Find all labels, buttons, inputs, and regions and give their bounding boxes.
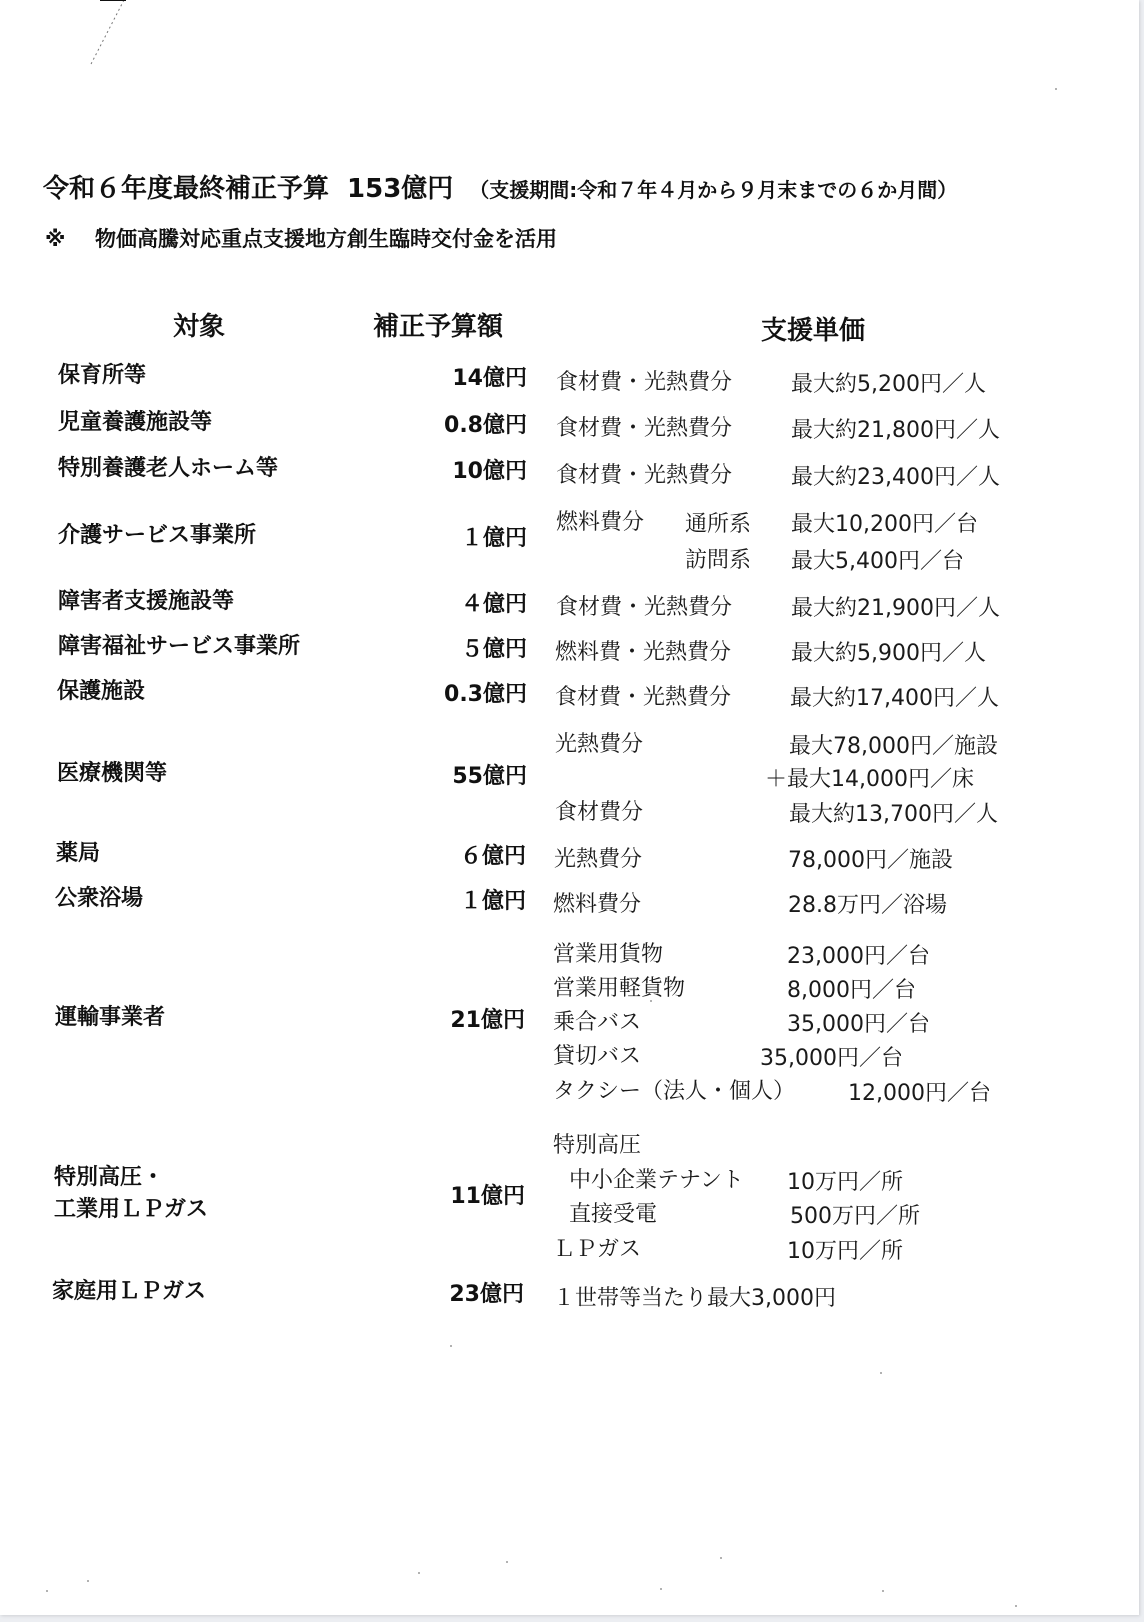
scan-speck xyxy=(418,1572,420,1574)
row-budget-medical: 55億円 xyxy=(387,759,527,790)
row-category-household-lpg: １世帯等当たり最大3,000円 xyxy=(553,1281,836,1312)
row-price-nursing-home: 最大約23,400円／人 xyxy=(791,460,1000,491)
row-target-child-care-facility: 児童養護施設等 xyxy=(58,405,212,436)
row-price-lpg: 10万円／所 xyxy=(787,1234,903,1265)
row-price-protective-facility: 最大約17,400円／人 xyxy=(790,681,999,712)
row-budget-nursery: 14億円 xyxy=(387,361,527,392)
header-budget: 補正予算額 xyxy=(373,306,503,343)
row-sub-home-visit: 訪問系 xyxy=(685,543,751,574)
row-budget-transport: 21億円 xyxy=(385,1003,525,1034)
row-price-taxi: 12,000円／台 xyxy=(848,1076,991,1107)
row-price-sme-tenant: 10万円／所 xyxy=(787,1165,903,1196)
row-category-commercial-cargo: 営業用貨物 xyxy=(553,937,663,968)
row-price-medical-bed: ＋最大14,000円／床 xyxy=(765,762,974,793)
row-price-charter-bus: 35,000円／台 xyxy=(760,1041,903,1072)
row-budget-public-bath: １億円 xyxy=(386,884,526,915)
row-budget-extra-high-voltage: 11億円 xyxy=(385,1179,525,1210)
header-unit-price: 支援単価 xyxy=(761,310,865,347)
header-target: 対象 xyxy=(173,306,225,343)
row-price-light-cargo: 8,000円／台 xyxy=(787,973,916,1004)
row-price-pharmacy: 78,000円／施設 xyxy=(788,843,953,874)
row-target-public-bath: 公衆浴場 xyxy=(55,881,143,912)
total-amount: 153億円 xyxy=(347,174,453,204)
row-category-extra-high-voltage: 特別高圧 xyxy=(553,1128,641,1159)
row-budget-disability-support: ４億円 xyxy=(387,587,527,618)
document-title: 令和６年度最終補正予算153億円（支援期間:令和７年４月から９月末までの６か月間… xyxy=(43,168,957,205)
row-category-sme-tenant: 中小企業テナント xyxy=(569,1163,744,1194)
row-category-disability-welfare: 燃料費・光熱費分 xyxy=(555,635,731,666)
row-category-medical-food: 食材費分 xyxy=(555,795,643,826)
row-category-charter-bus: 貸切バス xyxy=(553,1039,641,1070)
row-category-light-cargo: 営業用軽貨物 xyxy=(553,971,685,1002)
row-category-direct-power: 直接受電 xyxy=(569,1197,657,1228)
scan-speck xyxy=(46,1590,48,1592)
row-category-public-bath: 燃料費分 xyxy=(553,887,641,918)
row-target-transport: 運輸事業者 xyxy=(55,1000,165,1031)
scan-speck xyxy=(880,1372,882,1374)
row-target-pharmacy: 薬局 xyxy=(56,836,100,867)
row-target-industrial-lpg: 工業用ＬＰガス xyxy=(54,1192,208,1223)
row-price-public-bath: 28.8万円／浴場 xyxy=(788,888,947,919)
row-budget-protective-facility: 0.3億円 xyxy=(387,677,527,708)
row-budget-nursing-home: 10億円 xyxy=(387,454,527,485)
scan-speck xyxy=(1015,1605,1017,1607)
row-category-lpg: ＬＰガス xyxy=(553,1232,641,1263)
row-price-home-visit: 最大5,400円／台 xyxy=(791,544,964,575)
scanned-page: 令和６年度最終補正予算153億円（支援期間:令和７年４月から９月末までの６か月間… xyxy=(0,0,1139,1615)
scan-artifact-mark xyxy=(80,0,130,70)
row-price-medical-facility: 最大78,000円／施設 xyxy=(789,729,998,760)
note-text: 物価高騰対応重点支援地方創生臨時交付金を活用 xyxy=(95,227,557,251)
funding-note: ※物価高騰対応重点支援地方創生臨時交付金を活用 xyxy=(45,223,557,253)
row-category-pharmacy: 光熱費分 xyxy=(554,842,642,873)
row-sub-day-service: 通所系 xyxy=(685,507,751,538)
scan-speck xyxy=(882,1590,884,1592)
row-category-medical-utility: 光熱費分 xyxy=(555,727,643,758)
row-budget-care-service: １億円 xyxy=(387,521,527,552)
title-text: 令和６年度最終補正予算 xyxy=(43,174,329,204)
scan-speck xyxy=(660,1588,662,1590)
row-price-day-service: 最大10,200円／台 xyxy=(791,507,978,538)
row-category-protective-facility: 食材費・光熱費分 xyxy=(555,680,731,711)
row-price-child-care-facility: 最大約21,800円／人 xyxy=(791,413,1000,444)
row-target-care-service: 介護サービス事業所 xyxy=(58,518,256,549)
scan-speck xyxy=(650,1000,652,1002)
row-target-extra-high-voltage: 特別高圧・ xyxy=(54,1160,164,1191)
scan-speck xyxy=(1055,88,1057,90)
scan-speck xyxy=(720,1557,722,1559)
scan-speck xyxy=(450,1345,452,1347)
row-budget-pharmacy: ６億円 xyxy=(386,839,526,870)
row-price-commercial-cargo: 23,000円／台 xyxy=(787,939,930,970)
row-target-protective-facility: 保護施設 xyxy=(57,674,145,705)
row-price-direct-power: 500万円／所 xyxy=(790,1199,920,1230)
row-price-disability-welfare: 最大約5,900円／人 xyxy=(791,636,986,667)
note-mark: ※ xyxy=(45,227,95,251)
row-category-taxi: タクシー（法人・個人） xyxy=(553,1074,795,1105)
row-budget-household-lpg: 23億円 xyxy=(384,1277,524,1308)
row-target-disability-support: 障害者支援施設等 xyxy=(58,584,234,615)
row-target-medical: 医療機関等 xyxy=(57,756,167,787)
row-budget-disability-welfare: ５億円 xyxy=(387,632,527,663)
row-target-household-lpg: 家庭用ＬＰガス xyxy=(52,1274,206,1305)
row-price-nursery: 最大約5,200円／人 xyxy=(791,367,986,398)
row-target-nursing-home: 特別養護老人ホーム等 xyxy=(58,451,278,482)
support-period: （支援期間:令和７年４月から９月末までの６か月間） xyxy=(469,178,957,202)
row-target-nursery: 保育所等 xyxy=(58,358,146,389)
row-price-medical-food: 最大約13,700円／人 xyxy=(789,797,998,828)
row-budget-child-care-facility: 0.8億円 xyxy=(387,408,527,439)
row-category-care-service: 燃料費分 xyxy=(556,505,644,536)
row-category-disability-support: 食材費・光熱費分 xyxy=(556,590,732,621)
row-category-child-care-facility: 食材費・光熱費分 xyxy=(556,411,732,442)
scan-speck xyxy=(87,1580,89,1582)
row-price-route-bus: 35,000円／台 xyxy=(787,1007,930,1038)
row-category-nursery: 食材費・光熱費分 xyxy=(556,365,732,396)
scan-speck xyxy=(506,1561,508,1563)
row-category-route-bus: 乗合バス xyxy=(553,1005,641,1036)
row-category-nursing-home: 食材費・光熱費分 xyxy=(556,458,732,489)
row-target-disability-welfare: 障害福祉サービス事業所 xyxy=(58,629,300,660)
row-price-disability-support: 最大約21,900円／人 xyxy=(791,591,1000,622)
